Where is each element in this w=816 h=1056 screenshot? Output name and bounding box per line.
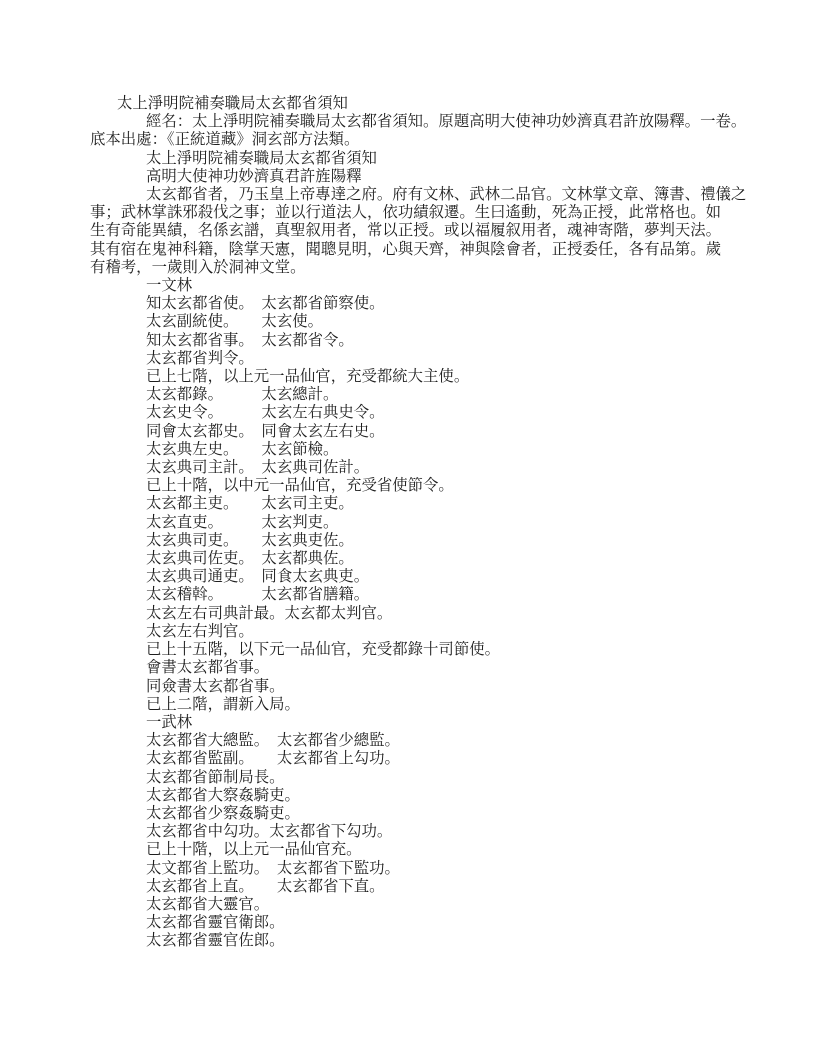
text-line: 太玄都省靈官衛郎。: [90, 913, 750, 931]
text-line: 太文都省上監功。 太玄都省下監功。: [90, 859, 750, 877]
text-line: 太玄都省大總監。 太玄都省少總監。: [90, 731, 750, 749]
text-line: 太玄典左史。 太玄節檢。: [90, 440, 750, 458]
text-line: 知太玄都省使。 太玄都省節察使。: [90, 294, 750, 312]
text-line: 太上淨明院補奏職局太玄都省須知: [90, 149, 750, 167]
text-line: 太玄都省者，乃玉皇上帝專達之府。府有文林、武林二品官。文林掌文章、簿書、禮儀之: [90, 185, 750, 203]
text-line: 太玄稽斡。 太玄都省膳籍。: [90, 585, 750, 603]
text-line: 太玄都省靈官佐郎。: [90, 931, 750, 949]
text-line: 太玄史令。 太玄左右典史令。: [90, 403, 750, 421]
text-line: 太玄左右判官。: [90, 622, 750, 640]
text-line: 太玄副統使。 太玄使。: [90, 312, 750, 330]
text-line: 太玄直吏。 太玄判吏。: [90, 513, 750, 531]
text-line: 太玄都省上直。 太玄都省下直。: [90, 877, 750, 895]
text-line: 太上淨明院補奏職局太玄都省須知: [90, 94, 750, 112]
text-line: 太玄都省判令。: [90, 349, 750, 367]
text-line: 太玄都省少察姦騎吏。: [90, 804, 750, 822]
text-line: 已上七階，以上元一品仙官，充受都統大主使。: [90, 367, 750, 385]
text-line: 太玄都錄。 太玄總計。: [90, 385, 750, 403]
text-line: 太玄典司通吏。 同食太玄典吏。: [90, 567, 750, 585]
text-line: 一武林: [90, 713, 750, 731]
text-line: 太玄典司吏。 太玄典吏佐。: [90, 531, 750, 549]
text-line: 太玄典司佐吏。 太玄都典佐。: [90, 549, 750, 567]
text-line: 底本出處：《正統道藏》洞玄部方法類。: [90, 130, 750, 148]
text-line: 太玄都主吏。 太玄司主吏。: [90, 494, 750, 512]
text-line: 高明大使神功妙濟真君許旌陽釋: [90, 167, 750, 185]
text-line: 有稽考，一歲則入於洞神文堂。: [90, 258, 750, 276]
text-line: 事；武林掌誅邪殺伐之事；並以行道法人，依功績叙遷。生曰遙動，死為正授，此常格也。…: [90, 203, 750, 221]
text-line: 生有奇能異績，名係玄譜，真聖叙用者，常以正授。或以福履叙用者，魂神寄階，夢判天法…: [90, 221, 750, 239]
text-line: 會書太玄都省事。: [90, 658, 750, 676]
text-line: 一文林: [90, 276, 750, 294]
text-line: 太玄都省節制局長。: [90, 768, 750, 786]
text-line: 已上十五階，以下元一品仙官，充受都錄十司節使。: [90, 640, 750, 658]
text-line: 其有宿在鬼神科籍，陰掌天憲，聞聰見明，心與天齊，神與陰會者，正授委任，各有品第。…: [90, 240, 750, 258]
text-line: 已上二階，謂新入局。: [90, 695, 750, 713]
text-line: 太玄都省監副。 太玄都省上勾功。: [90, 749, 750, 767]
text-line: 太玄都省大察姦騎吏。: [90, 786, 750, 804]
text-line: 太玄典司主計。 太玄典司佐計。: [90, 458, 750, 476]
text-line: 知太玄都省事。 太玄都省令。: [90, 331, 750, 349]
text-line: 已上十階，以上元一品仙官充。: [90, 840, 750, 858]
document-body: 太上淨明院補奏職局太玄都省須知經名：太上淨明院補奏職局太玄都省須知。原題高明大使…: [90, 94, 750, 950]
text-line: 太玄都省中勾功。太玄都省下勾功。: [90, 822, 750, 840]
text-line: 太玄左右司典計最。太玄都太判官。: [90, 604, 750, 622]
document-page: 太上淨明院補奏職局太玄都省須知經名：太上淨明院補奏職局太玄都省須知。原題高明大使…: [0, 0, 816, 1056]
text-line: 經名：太上淨明院補奏職局太玄都省須知。原題高明大使神功妙濟真君許放陽釋。一卷。: [90, 112, 750, 130]
text-line: 同會太玄都史。 同會太玄左右史。: [90, 422, 750, 440]
text-line: 同僉書太玄都省事。: [90, 677, 750, 695]
text-line: 太玄都省大靈官。: [90, 895, 750, 913]
text-line: 已上十階，以中元一品仙官，充受省使節令。: [90, 476, 750, 494]
